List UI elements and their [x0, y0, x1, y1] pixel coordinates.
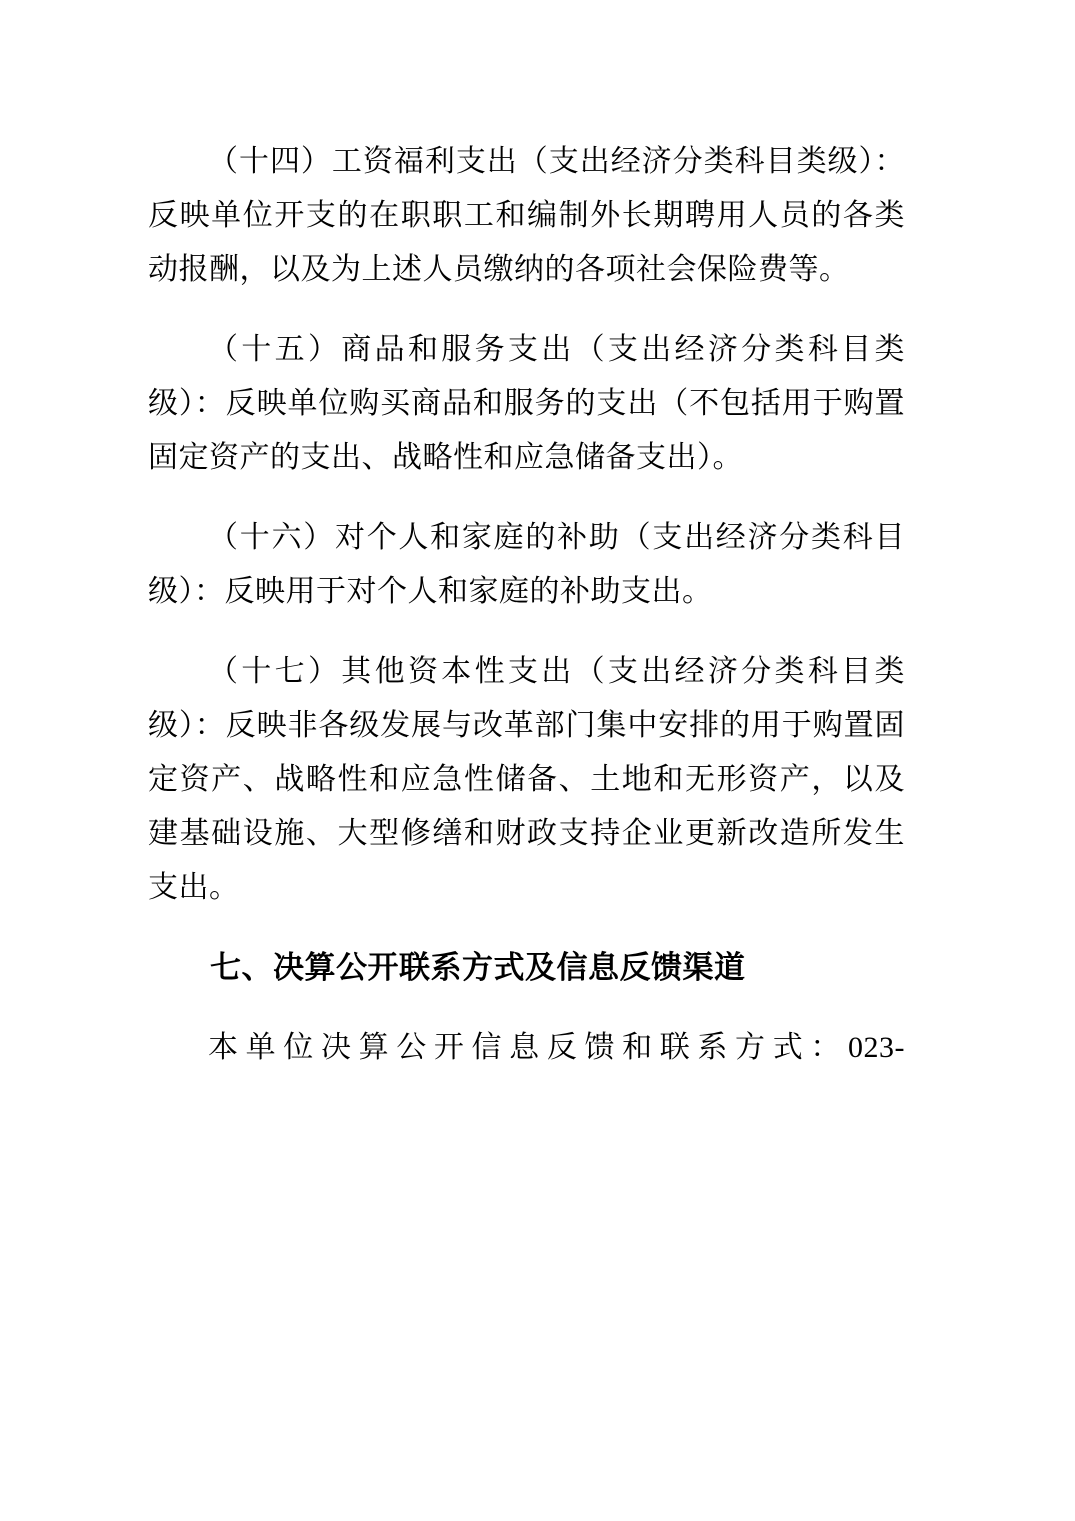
- text-line: 七、决算公开联系方式及信息反馈渠道: [148, 941, 905, 995]
- contact-line: 本单位决算公开信息反馈和联系方式：023-74600581: [148, 1021, 905, 1075]
- section-heading-7: 七、决算公开联系方式及信息反馈渠道: [148, 941, 905, 995]
- text-line: 级）：反映单位购买商品和服务的支出（不包括用于购置: [148, 377, 905, 431]
- text-line: 支出。: [148, 861, 905, 915]
- paragraph-item-14: （十四）工资福利支出（支出经济分类科目类级）：反映单位开支的在职职工和编制外长期…: [148, 135, 905, 297]
- paragraph-item-17: （十七）其他资本性支出（支出经济分类科目类级）：反映非各级发展与改革部门集中安排…: [148, 645, 905, 915]
- text-line: （十六）对个人和家庭的补助（支出经济分类科目类: [148, 511, 905, 565]
- text-line: （十四）工资福利支出（支出经济分类科目类级）：: [148, 135, 905, 189]
- paragraph-item-15: （十五）商品和服务支出（支出经济分类科目类级）：反映单位购买商品和服务的支出（不…: [148, 323, 905, 485]
- text-line: （十五）商品和服务支出（支出经济分类科目类: [148, 323, 905, 377]
- text-line: （十七）其他资本性支出（支出经济分类科目类: [148, 645, 905, 699]
- text-line: 级）：反映用于对个人和家庭的补助支出。: [148, 565, 905, 619]
- paragraph-item-16: （十六）对个人和家庭的补助（支出经济分类科目类级）：反映用于对个人和家庭的补助支…: [148, 511, 905, 619]
- text-line: 反映单位开支的在职职工和编制外长期聘用人员的各类劳: [148, 189, 905, 243]
- document-page: （十四）工资福利支出（支出经济分类科目类级）：反映单位开支的在职职工和编制外长期…: [0, 0, 1075, 1521]
- text-line: 固定资产的支出、战略性和应急储备支出）。: [148, 431, 905, 485]
- text-line: 建基础设施、大型修缮和财政支持企业更新改造所发生的: [148, 807, 905, 861]
- text-line: 定资产、战略性和应急性储备、土地和无形资产，以及构: [148, 753, 905, 807]
- document-body: （十四）工资福利支出（支出经济分类科目类级）：反映单位开支的在职职工和编制外长期…: [148, 135, 905, 1075]
- text-line: 级）：反映非各级发展与改革部门集中安排的用于购置固: [148, 699, 905, 753]
- text-line: 动报酬，以及为上述人员缴纳的各项社会保险费等。: [148, 243, 905, 297]
- text-line: 本单位决算公开信息反馈和联系方式：023-74600581: [148, 1021, 905, 1075]
